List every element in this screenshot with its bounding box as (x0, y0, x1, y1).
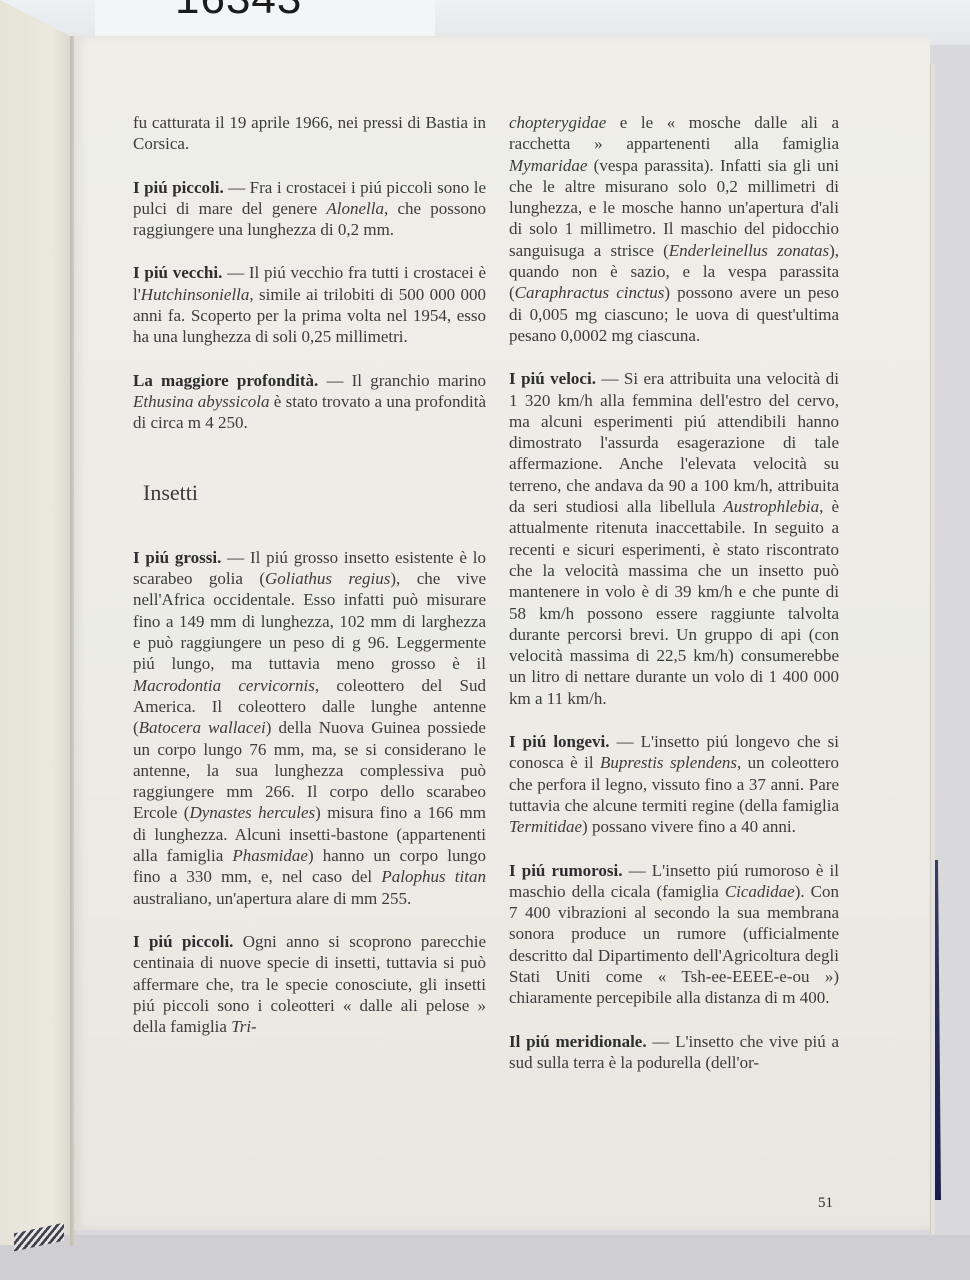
left-column: fu catturata il 19 aprile 1966, nei pres… (133, 112, 486, 1059)
paragraph-heading: I piú piccoli. (133, 932, 233, 951)
paragraph-insetti-piccoli: I piú piccoli. Ogni anno si scoprono par… (133, 931, 486, 1037)
paragraph-crostacei-piccoli: I piú piccoli. — Fra i crostacei i piú p… (133, 177, 486, 241)
paragraph-heading: I piú piccoli. (133, 178, 224, 197)
table-surface (0, 1235, 970, 1280)
book-cover-edge (935, 860, 941, 1200)
paragraph-heading: La maggiore profondità. (133, 371, 318, 390)
paragraph-insetto-meridionale: Il piú meridionale. — L'insetto che vive… (509, 1031, 839, 1074)
right-column: chopterygidae e le « mosche dalle ali a … (509, 112, 839, 1095)
paragraph-crostacei-vecchi: I piú vecchi. — Il piú vecchio fra tutti… (133, 262, 486, 347)
section-title: Insetti (143, 482, 486, 503)
page-stack-edge (930, 64, 935, 1234)
paragraph-insetti-rumorosi: I piú rumorosi. — L'insetto piú rumoroso… (509, 860, 839, 1009)
page-number: 51 (818, 1195, 833, 1212)
paragraph-continuation: fu catturata il 19 aprile 1966, nei pres… (133, 112, 486, 155)
paragraph-insetti-grossi: I piú grossi. — Il piú grosso insetto es… (133, 547, 486, 909)
inventory-number: 16343 (175, 0, 302, 24)
paragraph-heading: I piú grossi. (133, 548, 221, 567)
left-page-edge (0, 0, 74, 1245)
paragraph-maggiore-profondita: La maggiore profondità. — Il granchio ma… (133, 370, 486, 434)
paragraph-heading: I piú longevi. (509, 732, 610, 751)
paragraph-insetti-longevi: I piú longevi. — L'insetto piú longevo c… (509, 731, 839, 837)
paragraph-heading: I piú vecchi. (133, 263, 222, 282)
paragraph-heading: Il piú meridionale. (509, 1032, 647, 1051)
paragraph-insetti-veloci: I piú veloci. — Si era attribuita una ve… (509, 368, 839, 709)
inventory-label-card: 16343 (95, 0, 435, 40)
paragraph-heading: I piú rumorosi. (509, 861, 623, 880)
paragraph-heading: I piú veloci. (509, 369, 596, 388)
paragraph-insetti-piccoli-continued: chopterygidae e le « mosche dalle ali a … (509, 112, 839, 346)
